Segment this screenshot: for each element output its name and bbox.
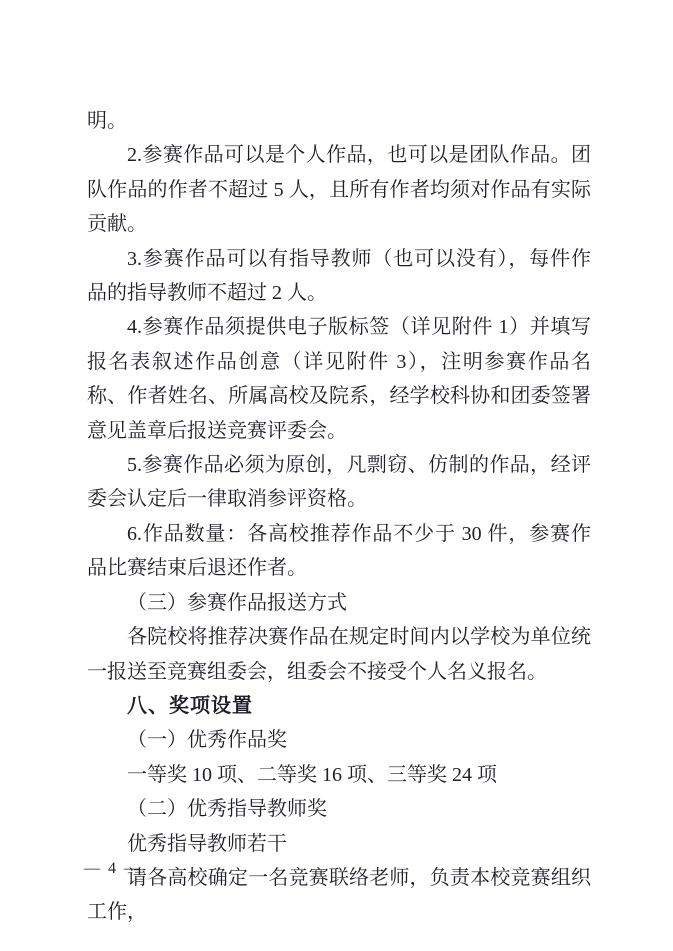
paragraph: （一）优秀作品奖 [87, 723, 591, 757]
paragraph: 各院校将推荐决赛作品在规定时间内以学校为单位统一报送至竞赛组委会，组委会不接受个… [87, 620, 591, 689]
section-heading: 八、奖项设置 [87, 689, 591, 723]
paragraph: 一等奖 10 项、二等奖 16 项、三等奖 24 项 [87, 758, 591, 792]
paragraph: 4.参赛作品须提供电子版标签（详见附件 1）并填写报名表叙述作品创意（详见附件 … [87, 310, 591, 448]
paragraph: （三）参赛作品报送方式 [87, 586, 591, 620]
paragraph: 请各高校确定一名竞赛联络老师，负责本校竞赛组织工作， [87, 861, 591, 930]
paragraph: （二）优秀指导教师奖 [87, 792, 591, 826]
paragraph: 3.参赛作品可以有指导教师（也可以没有），每件作品的指导教师不超过 2 人。 [87, 242, 591, 311]
page-number: — 4 — [84, 860, 142, 878]
paragraph: 6.作品数量：各高校推荐作品不少于 30 件，参赛作品比赛结束后退还作者。 [87, 517, 591, 586]
paragraph: 优秀指导教师若干 [87, 827, 591, 861]
document-body: 明。2.参赛作品可以是个人作品，也可以是团队作品。团队作品的作者不超过 5 人，… [87, 104, 591, 930]
document-page: 明。2.参赛作品可以是个人作品，也可以是团队作品。团队作品的作者不超过 5 人，… [0, 0, 673, 951]
paragraph: 5.参赛作品必须为原创，凡剽窃、仿制的作品，经评委会认定后一律取消参评资格。 [87, 448, 591, 517]
paragraph: 明。 [87, 104, 591, 138]
paragraph: 2.参赛作品可以是个人作品，也可以是团队作品。团队作品的作者不超过 5 人，且所… [87, 138, 591, 241]
